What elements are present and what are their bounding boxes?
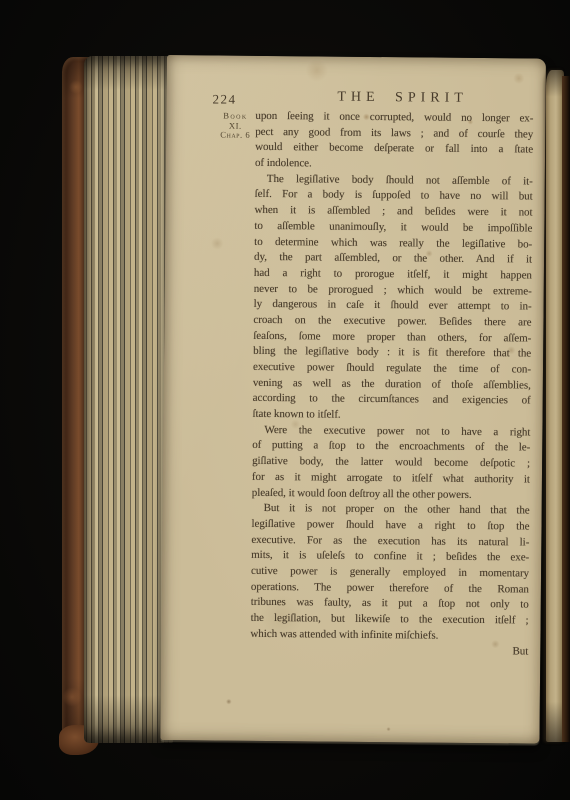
page-number: 224 [212, 91, 236, 107]
book-page: 224 THE SPIRIT Book XI. Chap. 6 upon ſee… [160, 55, 546, 744]
text-column: upon ſeeing it once corrupted, would no … [250, 109, 533, 661]
back-cover-edge [562, 76, 570, 742]
running-title: THE SPIRIT [327, 90, 479, 107]
body-text: upon ſeeing it once corrupted, would no … [250, 109, 533, 645]
photo-background: 224 THE SPIRIT Book XI. Chap. 6 upon ſee… [0, 0, 570, 800]
margin-note: Book XI. Chap. 6 [215, 111, 255, 140]
margin-note-chapter: Chap. 6 [215, 131, 255, 141]
text-line: which was attended with infinite miſchie… [250, 627, 528, 645]
catchword: But [250, 642, 528, 660]
page-edges [84, 56, 173, 743]
